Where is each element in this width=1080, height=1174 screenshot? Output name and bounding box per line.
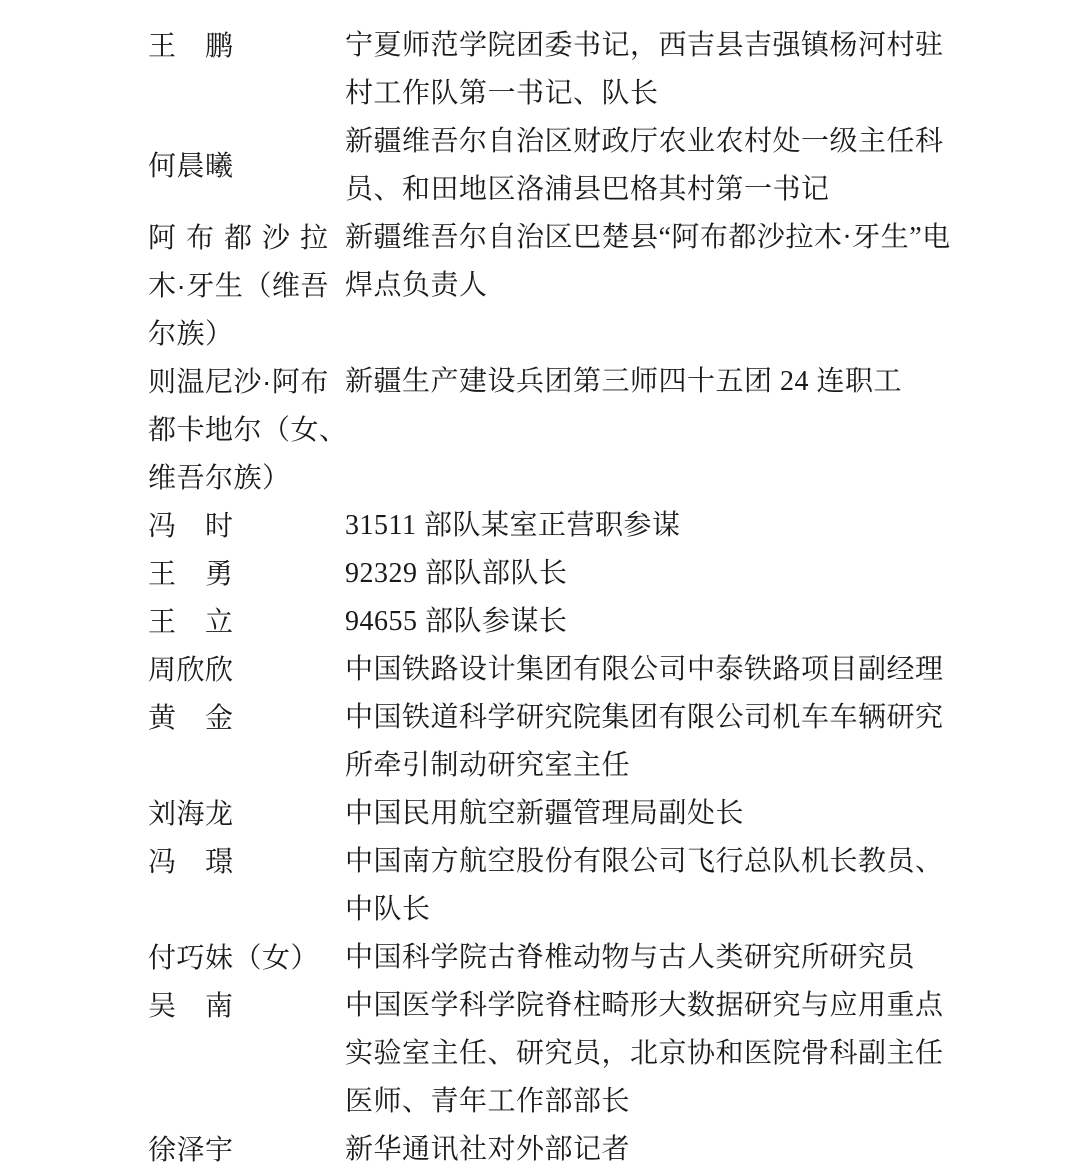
person-title-line: 医师、青年工作部部长 <box>345 1078 937 1126</box>
person-title: 31511 部队某室正营职参谋 <box>345 502 937 550</box>
person-name: 付巧妹（女） <box>148 934 345 982</box>
entry-row: 周欣欣 中国铁路设计集团有限公司中泰铁路项目副经理 <box>148 646 1080 694</box>
honor-roll-document-page: 王 鹏 宁夏师范学院团委书记，西吉县吉强镇杨河村驻 村工作队第一书记、队长 何晨… <box>0 0 1080 1174</box>
person-name-line: 尔族） <box>148 310 345 358</box>
person-name-line: 吴 南 <box>148 982 345 1030</box>
person-title-line: 宁夏师范学院团委书记，西吉县吉强镇杨河村驻 <box>345 22 937 70</box>
person-name-line: 黄 金 <box>148 694 345 742</box>
person-title-line: 新疆生产建设兵团第三师四十五团 24 连职工 <box>345 358 937 406</box>
person-name: 冯 璟 <box>148 838 345 886</box>
person-name-line: 何晨曦 <box>148 142 345 190</box>
person-name-line: 都卡地尔（女、 <box>148 406 345 454</box>
entry-row: 王 立 94655 部队参谋长 <box>148 598 1080 646</box>
entry-row: 冯 璟 中国南方航空股份有限公司飞行总队机长教员、 中队长 <box>148 838 1080 934</box>
person-title-line: 31511 部队某室正营职参谋 <box>345 502 937 550</box>
entry-row: 冯 时 31511 部队某室正营职参谋 <box>148 502 1080 550</box>
person-title-line: 中国医学科学院脊柱畸形大数据研究与应用重点 <box>345 982 937 1030</box>
person-name: 何晨曦 <box>148 142 345 190</box>
person-title: 宁夏师范学院团委书记，西吉县吉强镇杨河村驻 村工作队第一书记、队长 <box>345 22 937 118</box>
person-title: 中国南方航空股份有限公司飞行总队机长教员、 中队长 <box>345 838 937 934</box>
entry-row: 刘海龙 中国民用航空新疆管理局副处长 <box>148 790 1080 838</box>
person-title: 新疆维吾尔自治区财政厅农业农村处一级主任科 员、和田地区洛浦县巴格其村第一书记 <box>345 118 937 214</box>
person-title: 中国医学科学院脊柱畸形大数据研究与应用重点 实验室主任、研究员，北京协和医院骨科… <box>345 982 937 1126</box>
person-name-line: 王 鹏 <box>148 22 345 70</box>
person-name-line: 刘海龙 <box>148 790 345 838</box>
entry-row: 王 勇 92329 部队部队长 <box>148 550 1080 598</box>
person-name: 周欣欣 <box>148 646 345 694</box>
person-title: 中国铁道科学研究院集团有限公司机车车辆研究 所牵引制动研究室主任 <box>345 694 937 790</box>
person-name: 王 鹏 <box>148 22 345 70</box>
person-name: 徐泽宇 <box>148 1126 345 1174</box>
person-name: 冯 时 <box>148 502 345 550</box>
person-title-line: 92329 部队部队长 <box>345 550 937 598</box>
person-name-line: 王 立 <box>148 598 345 646</box>
person-title: 新疆生产建设兵团第三师四十五团 24 连职工 <box>345 358 937 406</box>
person-title-line: 中国南方航空股份有限公司飞行总队机长教员、 <box>345 838 937 886</box>
person-title-line: 新疆维吾尔自治区巴楚县“阿布都沙拉木·牙生”电 <box>345 214 937 262</box>
person-title-line: 村工作队第一书记、队长 <box>345 70 937 118</box>
person-title: 新疆维吾尔自治区巴楚县“阿布都沙拉木·牙生”电 焊点负责人 <box>345 214 937 310</box>
person-title: 中国铁路设计集团有限公司中泰铁路项目副经理 <box>345 646 937 694</box>
person-title: 中国科学院古脊椎动物与古人类研究所研究员 <box>345 934 937 982</box>
person-name: 王 勇 <box>148 550 345 598</box>
person-title: 94655 部队参谋长 <box>345 598 937 646</box>
person-title-line: 中国民用航空新疆管理局副处长 <box>345 790 937 838</box>
person-name: 刘海龙 <box>148 790 345 838</box>
person-title-line: 中队长 <box>345 886 937 934</box>
entry-row: 王 鹏 宁夏师范学院团委书记，西吉县吉强镇杨河村驻 村工作队第一书记、队长 <box>148 22 1080 118</box>
person-name: 阿布都沙拉 木·牙生（维吾 尔族） <box>148 214 345 358</box>
person-name-line: 付巧妹（女） <box>148 934 345 982</box>
entry-row: 徐泽宇 新华通讯社对外部记者 <box>148 1126 1080 1174</box>
person-name-line: 阿布都沙拉 <box>148 214 345 262</box>
person-title: 中国民用航空新疆管理局副处长 <box>345 790 937 838</box>
person-name-line: 徐泽宇 <box>148 1126 345 1174</box>
person-name: 吴 南 <box>148 982 345 1030</box>
person-name-line: 木·牙生（维吾 <box>148 262 345 310</box>
person-title-line: 实验室主任、研究员，北京协和医院骨科副主任 <box>345 1030 937 1078</box>
entry-row: 黄 金 中国铁道科学研究院集团有限公司机车车辆研究 所牵引制动研究室主任 <box>148 694 1080 790</box>
person-title: 新华通讯社对外部记者 <box>345 1126 937 1174</box>
person-name: 王 立 <box>148 598 345 646</box>
entry-row: 吴 南 中国医学科学院脊柱畸形大数据研究与应用重点 实验室主任、研究员，北京协和… <box>148 982 1080 1126</box>
entry-row: 付巧妹（女） 中国科学院古脊椎动物与古人类研究所研究员 <box>148 934 1080 982</box>
person-title-line: 所牵引制动研究室主任 <box>345 742 937 790</box>
person-title-line: 新华通讯社对外部记者 <box>345 1126 937 1174</box>
person-title-line: 焊点负责人 <box>345 262 937 310</box>
person-name-line: 冯 璟 <box>148 838 345 886</box>
person-title: 92329 部队部队长 <box>345 550 937 598</box>
person-title-line: 新疆维吾尔自治区财政厅农业农村处一级主任科 <box>345 118 937 166</box>
entry-row: 何晨曦 新疆维吾尔自治区财政厅农业农村处一级主任科 员、和田地区洛浦县巴格其村第… <box>148 118 1080 214</box>
person-title-line: 中国铁道科学研究院集团有限公司机车车辆研究 <box>345 694 937 742</box>
person-name-line: 则温尼沙·阿布 <box>148 358 345 406</box>
entry-row: 则温尼沙·阿布 都卡地尔（女、 维吾尔族） 新疆生产建设兵团第三师四十五团 24… <box>148 358 1080 502</box>
person-name-line: 周欣欣 <box>148 646 345 694</box>
person-name: 则温尼沙·阿布 都卡地尔（女、 维吾尔族） <box>148 358 345 502</box>
entry-row: 阿布都沙拉 木·牙生（维吾 尔族） 新疆维吾尔自治区巴楚县“阿布都沙拉木·牙生”… <box>148 214 1080 358</box>
person-name-line: 冯 时 <box>148 502 345 550</box>
person-title-line: 员、和田地区洛浦县巴格其村第一书记 <box>345 166 937 214</box>
person-title-line: 94655 部队参谋长 <box>345 598 937 646</box>
person-title-line: 中国铁路设计集团有限公司中泰铁路项目副经理 <box>345 646 937 694</box>
person-name-line: 王 勇 <box>148 550 345 598</box>
person-name: 黄 金 <box>148 694 345 742</box>
person-title-line: 中国科学院古脊椎动物与古人类研究所研究员 <box>345 934 937 982</box>
person-name-line: 维吾尔族） <box>148 454 345 502</box>
